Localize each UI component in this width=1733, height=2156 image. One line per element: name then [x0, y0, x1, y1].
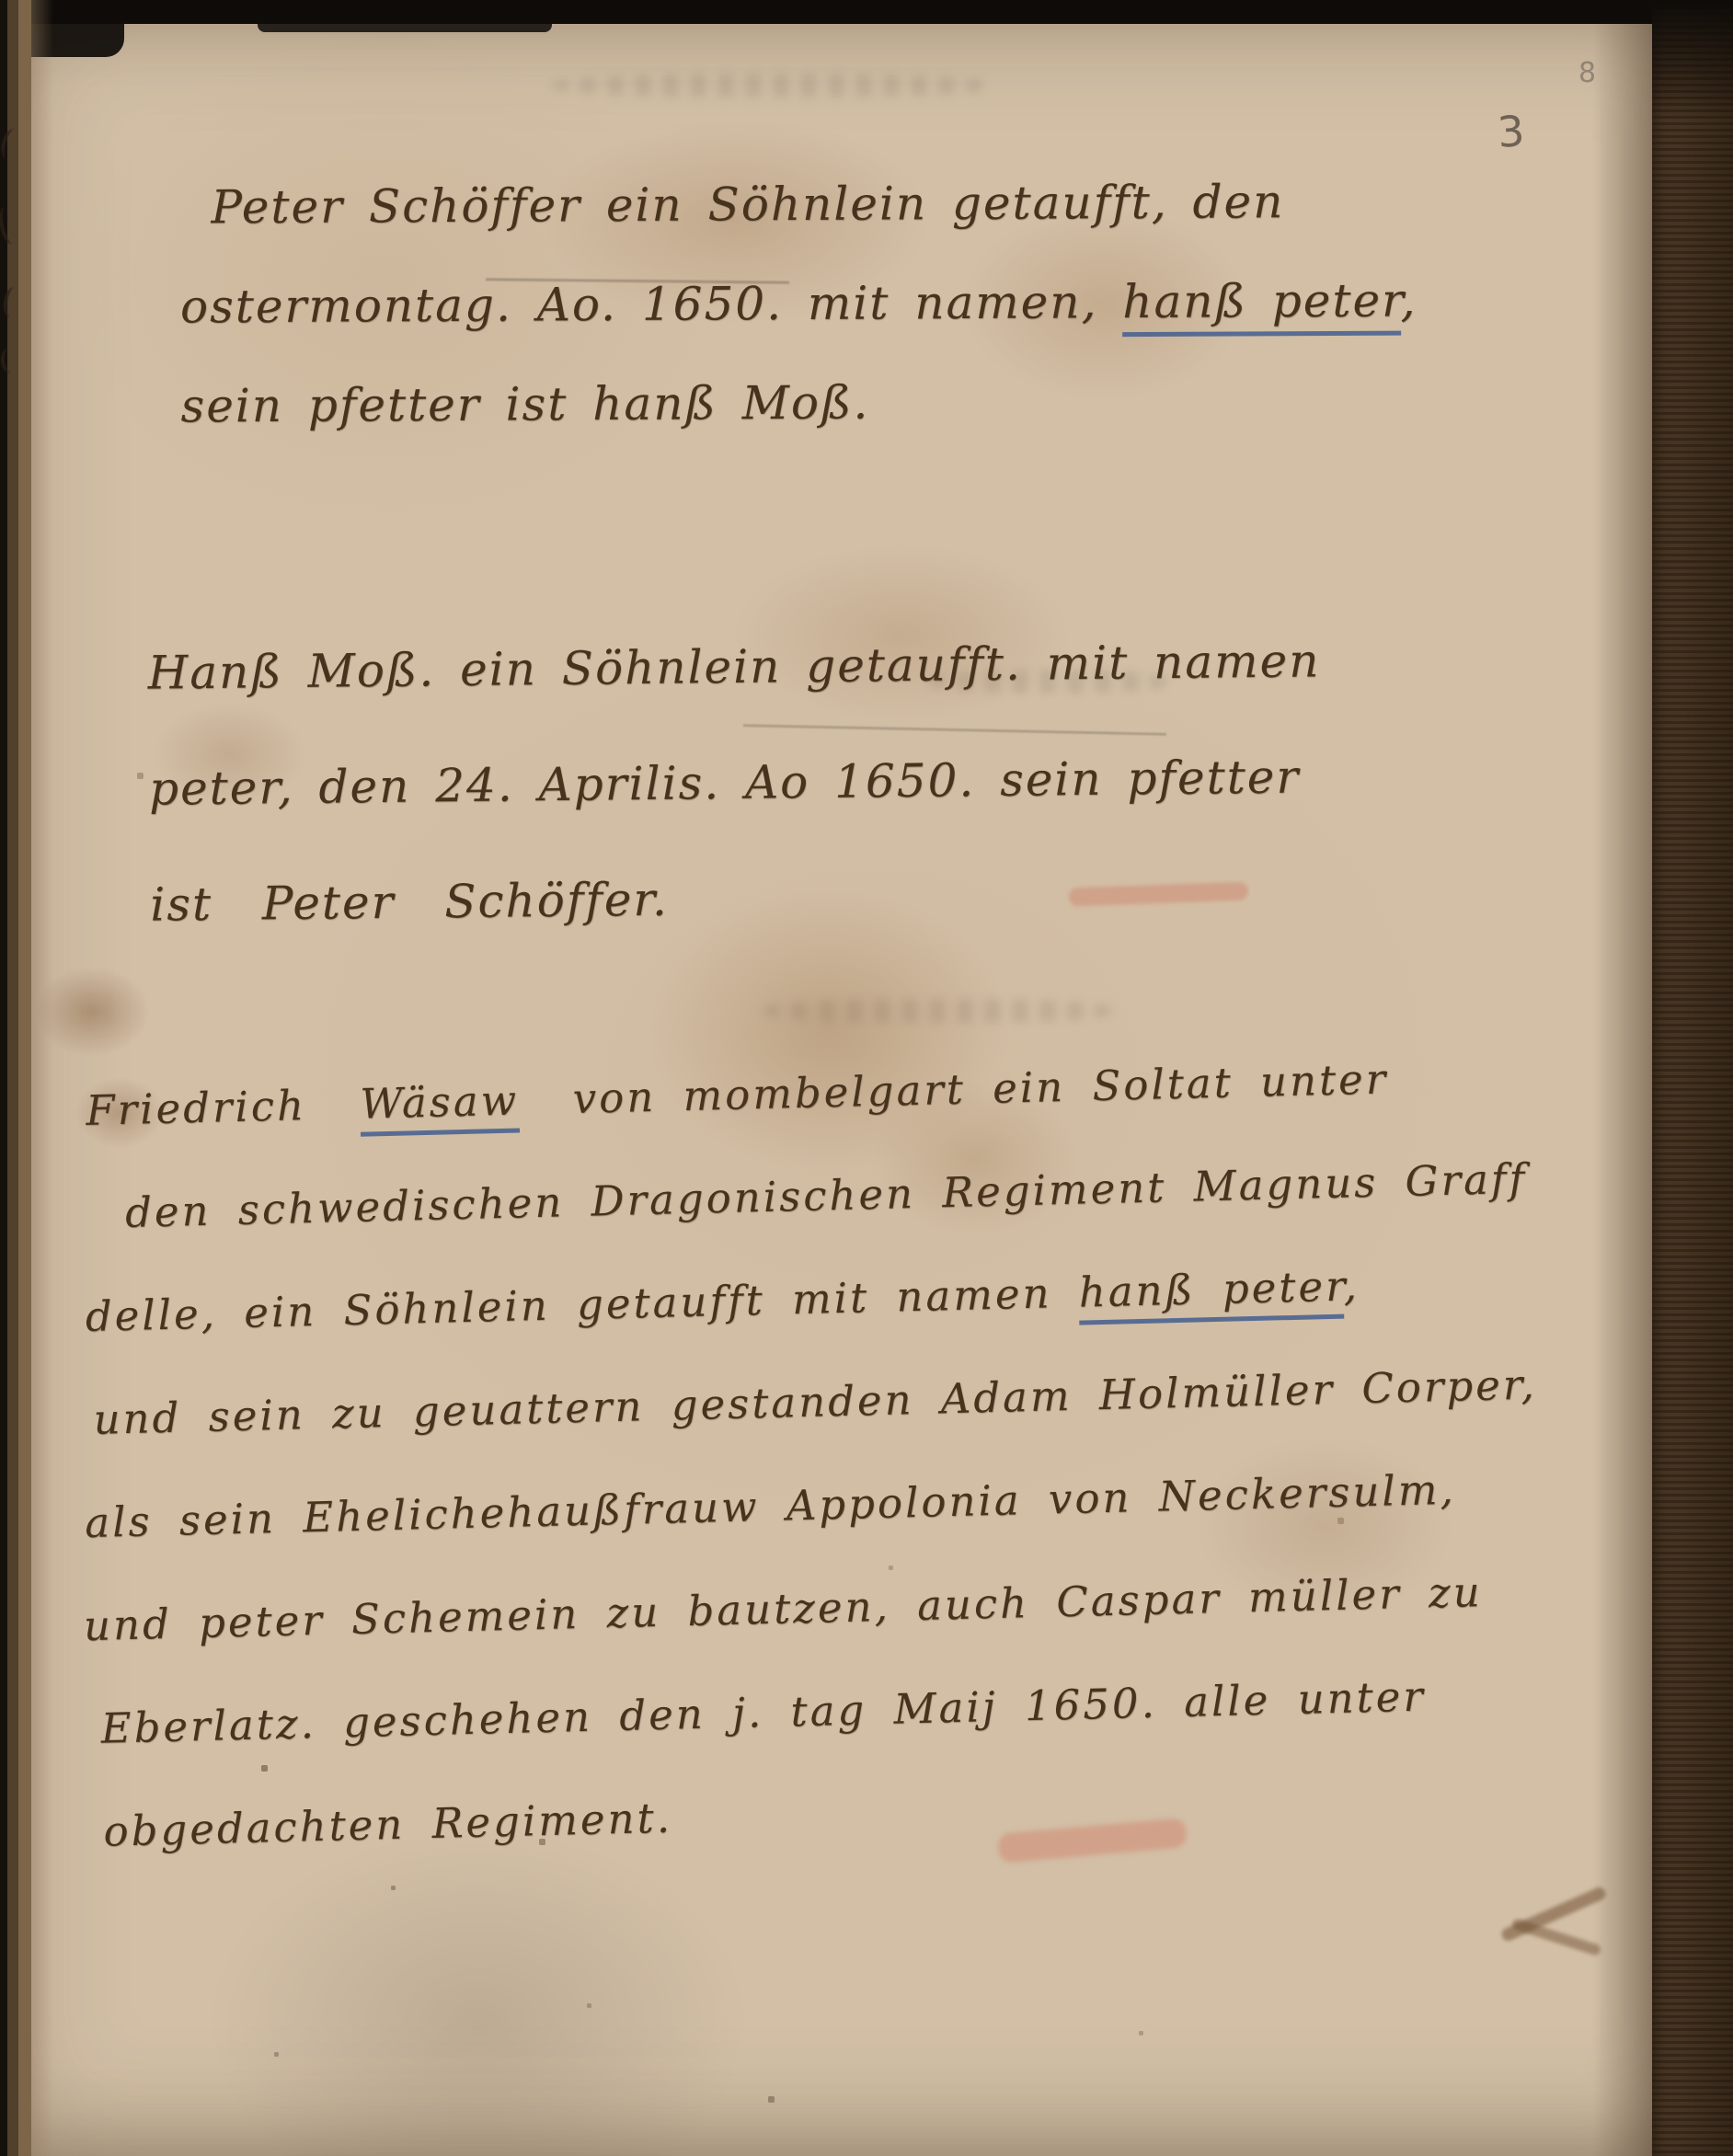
handwritten-text: ist Peter Schöffer.	[150, 873, 669, 932]
register-entry: Friedrich Wäsaw von mombelgart ein Solta…	[85, 1025, 1548, 1884]
handwritten-text: ,	[1400, 273, 1417, 327]
handwritten-text: ostermontag. Ao. 1650. mit namen,	[180, 275, 1123, 333]
handwritten-line: Hanß Moß. ein Söhnlein getaufft. mit nam…	[147, 602, 1321, 730]
margin-letter-fragment	[0, 204, 22, 246]
handwritten-text: ,	[1343, 1261, 1360, 1310]
handwritten-line: peter, den 24. Aprilis. Ao 1650. sein pf…	[148, 718, 1322, 846]
handwritten-text: sein pfetter ist hanß Moß.	[180, 376, 869, 433]
handwritten-text: Hanß Moß. ein Söhnlein getaufft. mit nam…	[147, 634, 1320, 699]
page-number: 3	[1496, 106, 1526, 157]
handwritten-text: und peter Schemein zu bautzen, auch Casp…	[83, 1567, 1483, 1650]
bleed-through-mark	[552, 74, 993, 97]
book-left-edge	[0, 0, 53, 2156]
underlined-name: hanß peter	[1078, 1262, 1344, 1325]
underlined-name: hanß peter	[1122, 274, 1401, 338]
handwritten-text: und sein zu geuattern gestanden Adam Hol…	[93, 1360, 1537, 1444]
ink-smudge	[1490, 1887, 1628, 1970]
handwritten-line: Peter Schöffer ein Söhnlein getaufft, de…	[211, 151, 1417, 257]
book-right-edge	[1652, 0, 1733, 2156]
page-curve-shadow	[1593, 0, 1652, 2156]
margin-letter-fragment	[2, 286, 25, 319]
underlined-name: Wäsaw	[360, 1075, 520, 1136]
register-entry: Peter Schöffer ein Söhnlein getaufft, de…	[179, 151, 1417, 455]
handwritten-line: ist Peter Schöffer.	[150, 834, 1324, 962]
manuscript-scan: 8 3 Peter Schöffer ein Söhnlein getaufft…	[0, 0, 1733, 2156]
handwritten-text: delle, ein Söhnlein getaufft mit namen	[85, 1268, 1079, 1341]
handwritten-text: Friedrich	[86, 1080, 361, 1135]
bleed-through-mark	[763, 999, 1113, 1023]
handwritten-text: den schwedischen Dragonischen Regiment M…	[124, 1154, 1527, 1237]
handwritten-text: Peter Schöffer ein Söhnlein getaufft, de…	[211, 175, 1284, 234]
handwritten-text: obgedachten Regiment.	[103, 1794, 673, 1856]
margin-letter-fragment	[0, 127, 24, 162]
corner-mark: 8	[1578, 57, 1596, 89]
margin-letter-fragment	[0, 347, 20, 374]
handwritten-line: ostermontag. Ao. 1650. mit namen, hanß p…	[180, 250, 1417, 356]
handwritten-text: peter, den 24. Aprilis. Ao 1650. sein pf…	[149, 751, 1301, 816]
handwritten-text: von mombelgart ein Soltat unter	[518, 1054, 1388, 1124]
handwritten-line: sein pfetter ist hanß Moß.	[180, 350, 1417, 455]
handwritten-text: Eberlatz. geschehen den j. tag Maij 1650…	[100, 1672, 1426, 1753]
book-top-edge	[0, 0, 1733, 24]
handwritten-text: als sein Ehelichehaußfrauw Appolonia von…	[85, 1465, 1457, 1547]
register-entry: Hanß Moß. ein Söhnlein getaufft. mit nam…	[147, 602, 1324, 962]
